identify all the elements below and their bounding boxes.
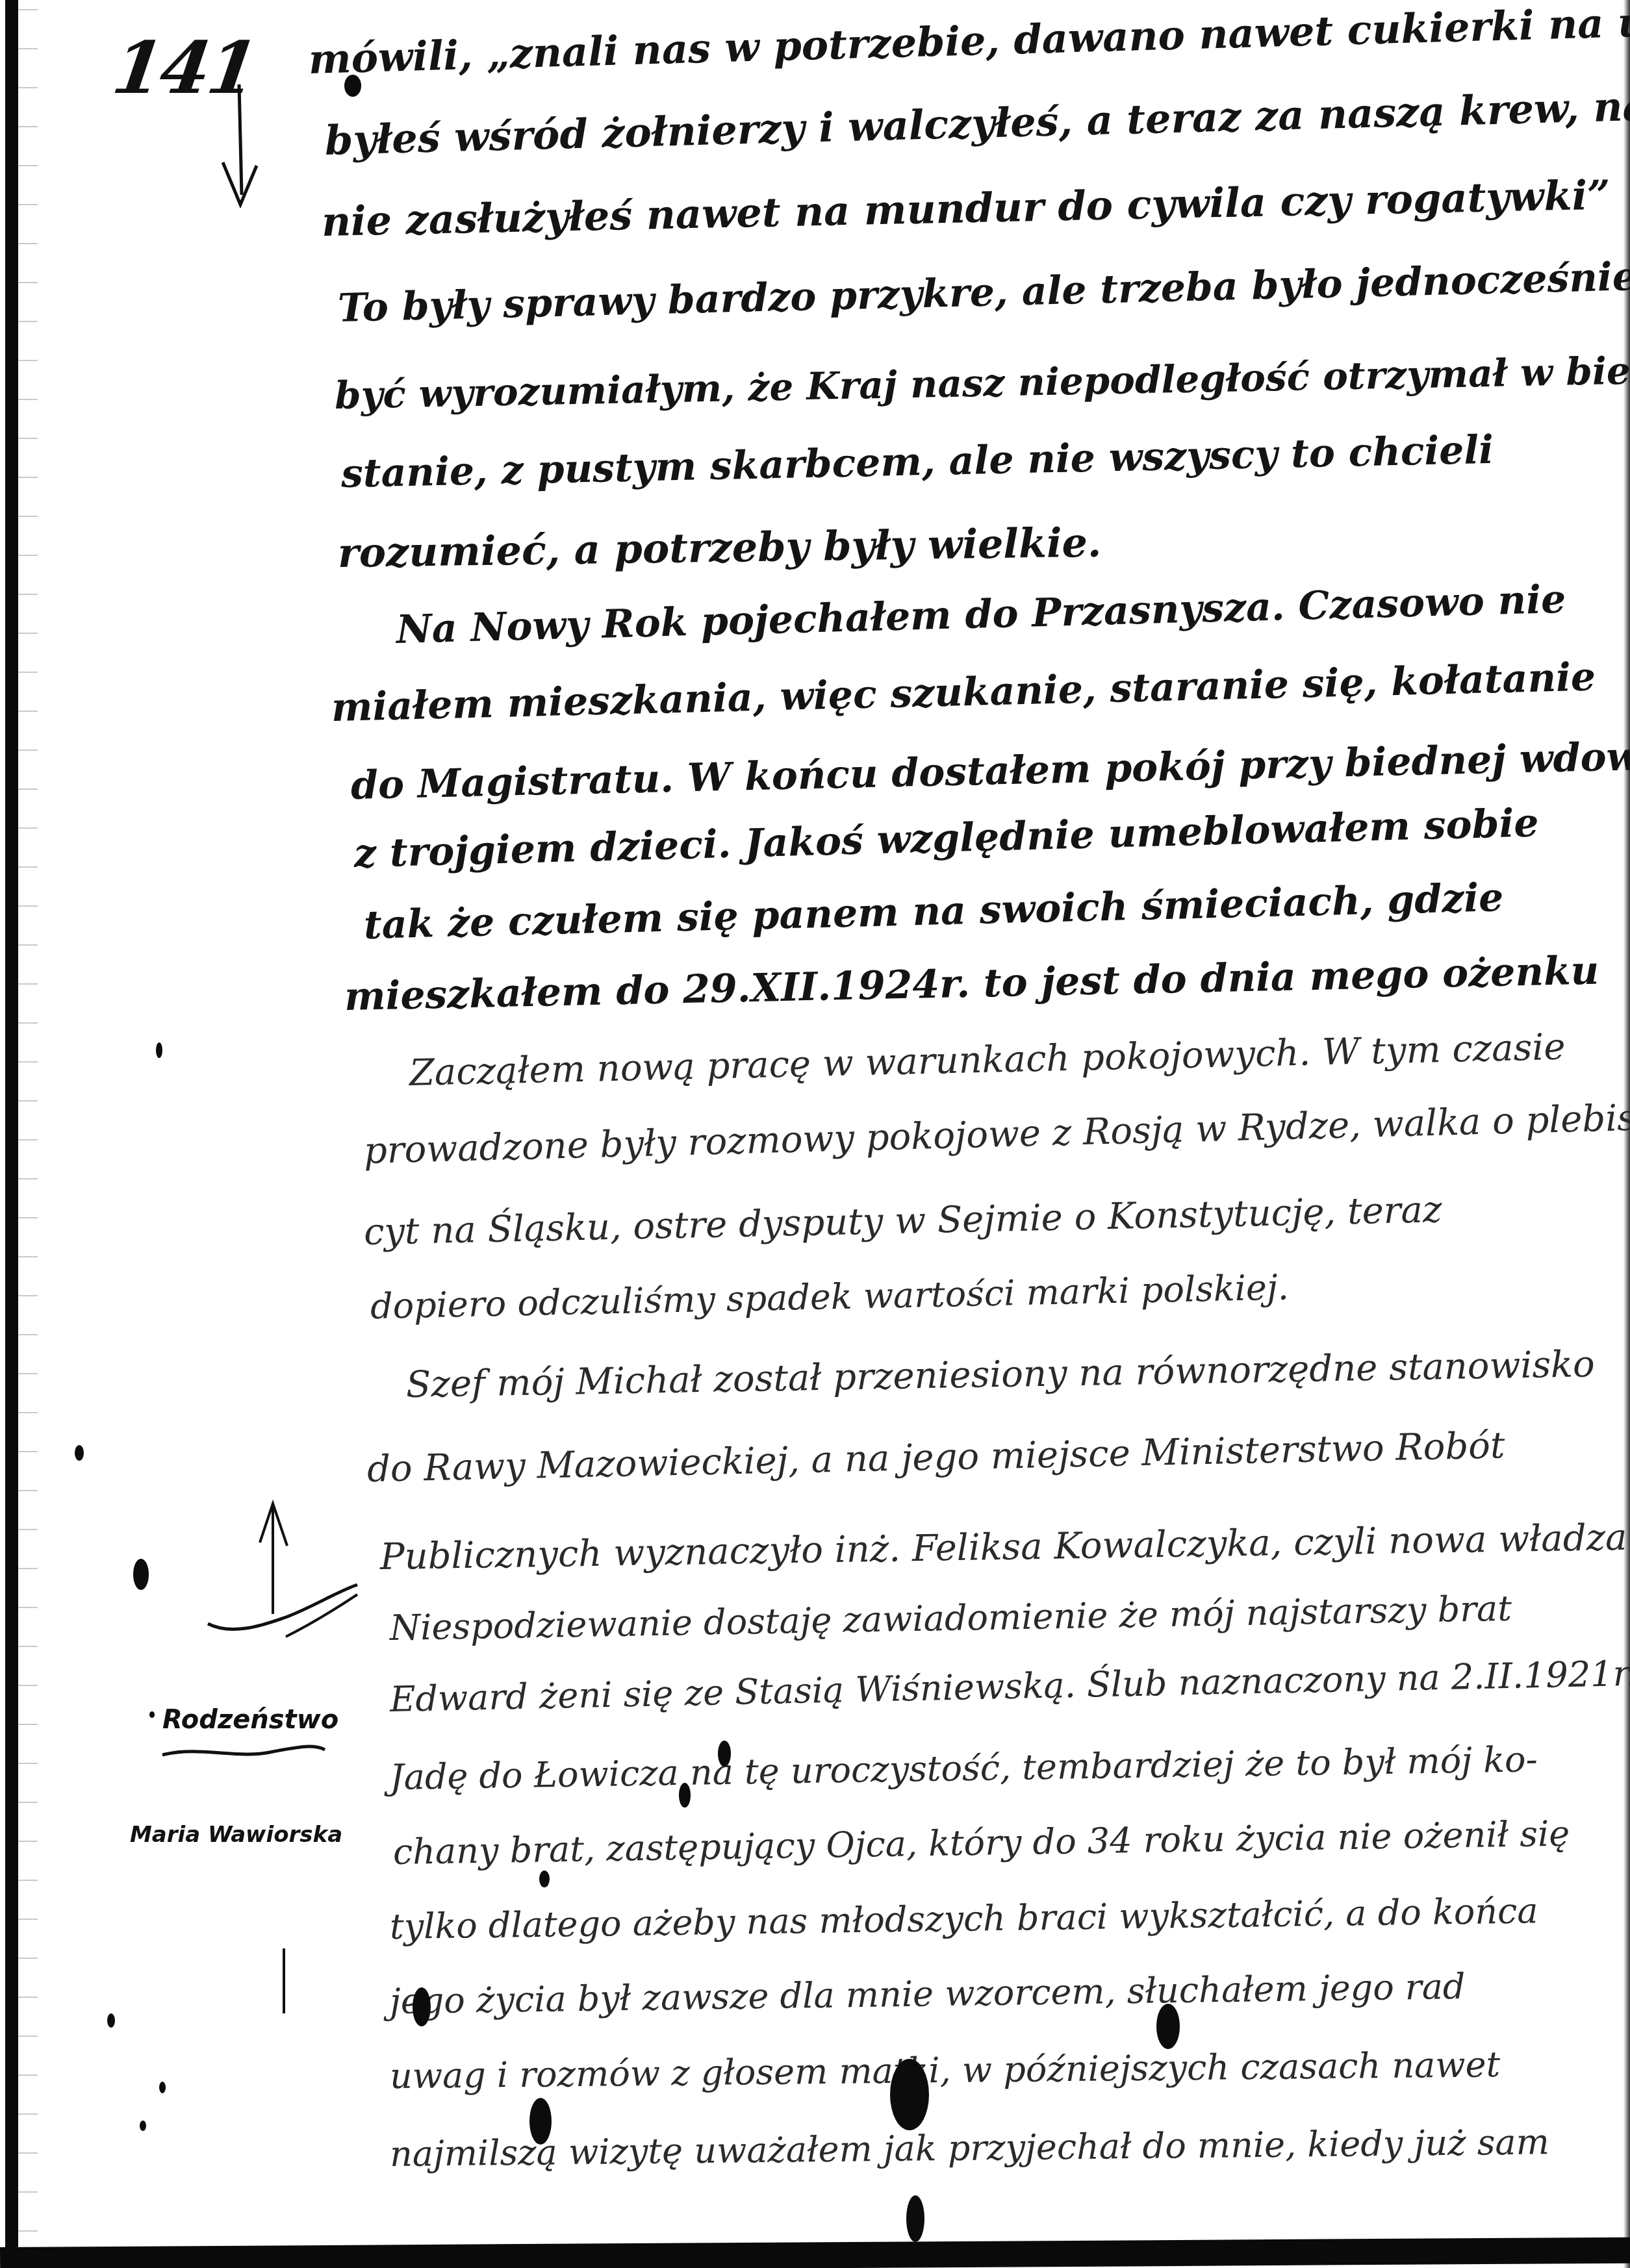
text-line: Edward żeni się ze Stasią Wiśniewską. Śl…: [389, 1653, 1630, 1720]
text-line: nie zasłużyłeś nawet na mundur do cywila…: [321, 171, 1611, 246]
text-line: chany brat, zastępujący Ojca, który do 3…: [393, 1813, 1570, 1872]
text-line: Szef mój Michał został przeniesiony na r…: [405, 1343, 1595, 1406]
text-line: Jadę do Łowicza na tę uroczystość, temba…: [390, 1739, 1538, 1798]
ink-blot: [344, 75, 361, 97]
margin-note-name: Maria Wawiorska: [130, 1822, 342, 1848]
ink-blot: [906, 2195, 924, 2242]
text-line: do Magistratu. W końcu dostałem pokój pr…: [350, 733, 1630, 809]
text-line: Zacząłem nową pracę w warunkach pokojowy…: [409, 1026, 1566, 1094]
text-line: prowadzone były rozmowy pokojowe z Rosją…: [363, 1096, 1630, 1172]
ink-blot: [107, 2013, 115, 2028]
text-line: To były sprawy bardzo przykre, ale trzeb…: [337, 254, 1630, 331]
text-line: miałem mieszkania, więc szukanie, staran…: [331, 654, 1596, 731]
ink-blot: [133, 1559, 149, 1590]
ink-blot: [718, 1741, 731, 1767]
text-line: Niespodziewanie dostaję zawiadomienie że…: [389, 1588, 1512, 1648]
text-line: byłeś wśród żołnierzy i walczyłeś, a ter…: [324, 80, 1630, 164]
text-line: cyt na Śląsku, ostre dysputy w Sejmie o …: [363, 1189, 1442, 1254]
ink-blot: [679, 1783, 691, 1808]
ink-blot: [149, 1711, 155, 1718]
text-line: najmilszą wizytę uważałem jak przyjechał…: [390, 2121, 1549, 2174]
arrow-down-icon: [218, 78, 263, 208]
margin-note-siblings: Rodzeństwo: [162, 1705, 338, 1735]
text-line: uwag i rozmów z głosem matki, w późniejs…: [390, 2044, 1501, 2097]
ink-blot: [890, 2059, 929, 2130]
margin-vertical-line: [283, 1948, 285, 2013]
manuscript-page: 141 mówili, „znali nas w potrzebie, dawa…: [0, 0, 1630, 2268]
ink-blot: [1156, 2004, 1180, 2049]
text-line: tak że czułem się panem na swoich śmieci…: [363, 875, 1504, 948]
binding-edge: [5, 0, 18, 2254]
text-line: tylko dlatego ażeby nas młodszych braci …: [390, 1890, 1538, 1947]
text-line: rozumieć, a potrzeby były wielkie.: [337, 519, 1101, 577]
text-line: mieszkałem do 29.XII.1924r. to jest do d…: [344, 948, 1599, 1020]
text-line: być wyrozumiałym, że Kraj nasz niepodleg…: [334, 346, 1630, 418]
text-line: Na Nowy Rok pojechałem do Przasnysza. Cz…: [396, 577, 1566, 653]
wavy-underline: [159, 1741, 328, 1760]
text-line: do Rawy Mazowieckiej, a na jego miejsce …: [366, 1424, 1505, 1491]
text-line: stanie, z pustym skarbcem, ale nie wszys…: [340, 427, 1494, 497]
ink-blot: [413, 1987, 431, 2026]
ink-blot: [75, 1445, 84, 1461]
ink-blot: [539, 1871, 550, 1887]
binding-shadow: [18, 0, 38, 2254]
text-line: dopiero odczuliśmy spadek wartości marki…: [370, 1266, 1289, 1327]
ink-blot: [140, 2121, 146, 2131]
text-line: z trojgiem dzieci. Jakoś względnie umebl…: [353, 800, 1539, 877]
ink-blot: [529, 2098, 552, 2145]
text-line: jego życia był zawsze dla mnie wzorcem, …: [390, 1966, 1466, 2022]
ink-blot: [156, 1042, 162, 1058]
text-line: mówili, „znali nas w potrzebie, dawano n…: [308, 0, 1630, 83]
page-bottom-edge: [0, 2237, 1630, 2268]
text-line: Publicznych wyznaczyło inż. Feliksa Kowa…: [379, 1517, 1627, 1578]
ink-blot: [159, 2082, 166, 2093]
margin-swoosh: [195, 1578, 390, 1643]
